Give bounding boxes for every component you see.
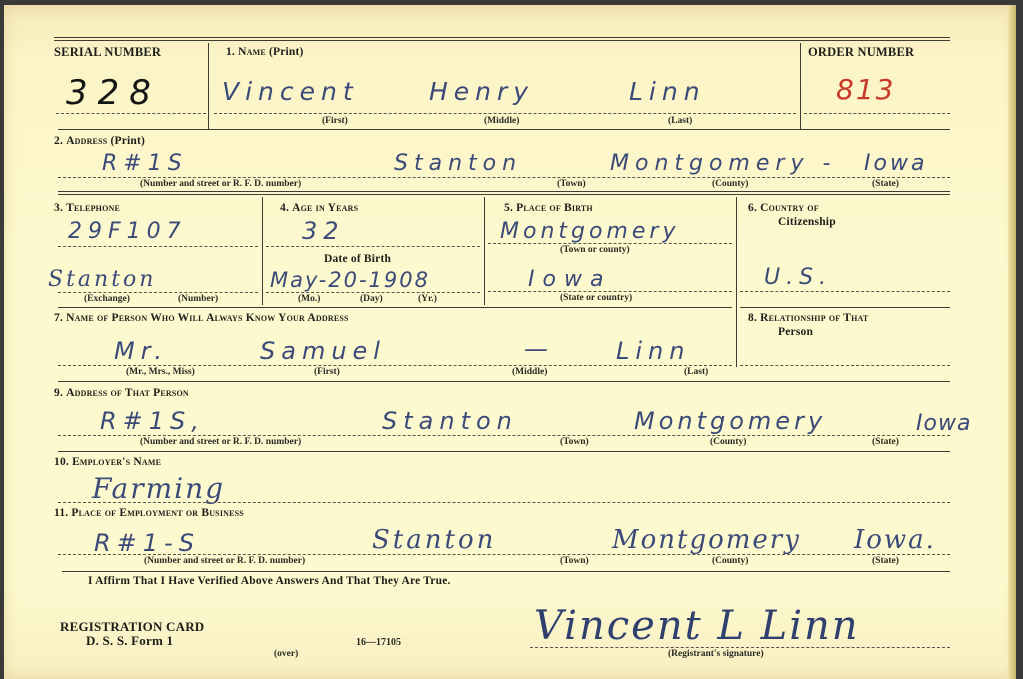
relationship-label-line1: 8. Relationship of That (748, 312, 868, 324)
birthplace-sub-state: (State or country) (560, 293, 632, 303)
name-sub-first: (First) (322, 116, 348, 126)
telephone-sub-exchange: (Exchange) (84, 294, 130, 304)
contact-sub-last: (Last) (684, 367, 708, 377)
contact-address-label-text: Address of That Person (66, 387, 189, 399)
citizenship-label-text: Country of (760, 202, 819, 214)
telephone-label-text: Telephone (66, 202, 120, 214)
row-divider (58, 451, 950, 452)
contact-address-town-value: Stanton (382, 407, 518, 435)
citizenship-label-num: 6. (748, 202, 757, 214)
birthplace-label-num: 5. (504, 202, 513, 214)
address-dotted-line (58, 177, 950, 178)
top-rule (54, 37, 950, 41)
telephone-exchange-value: Stanton (48, 267, 156, 292)
dob-dotted-line (266, 292, 480, 293)
card-edge (1008, 5, 1016, 679)
dob-sub-mo: (Mo.) (298, 294, 320, 304)
address-town-value: Stanton (394, 151, 522, 176)
divider (208, 43, 209, 130)
employment-dotted-line (58, 554, 950, 555)
contact-address-label-num: 9. (54, 387, 63, 399)
contact-address-dotted-line (58, 435, 950, 436)
employer-label: 10. Employer's Name (54, 456, 161, 468)
contact-address-sub-street: (Number and street or R. F. D. number) (140, 437, 301, 447)
contact-first-value: Samuel (260, 337, 386, 365)
divider (484, 197, 485, 305)
birthplace-label-text: Place of Birth (516, 202, 593, 214)
employer-label-num: 10. (54, 456, 69, 468)
contact-person-label-text: Name of Person Who Will Always Know Your… (66, 312, 349, 324)
print-code: 16—17105 (356, 637, 401, 648)
contact-sub-middle: (Middle) (512, 367, 547, 377)
name-sub-last: (Last) (668, 116, 692, 126)
relationship-label-num: 8. (748, 312, 757, 324)
name-label-suffix: (Print) (269, 46, 304, 58)
birthplace-dotted-line (488, 243, 732, 244)
age-label-text: Age in Years (292, 202, 358, 214)
dob-sub-yr: (Yr.) (418, 294, 437, 304)
serial-dotted-line (56, 113, 206, 114)
age-value: 32 (302, 217, 345, 245)
employment-place-label: 11. Place of Employment or Business (54, 507, 244, 519)
address-label-num: 2. (54, 135, 63, 147)
employment-county-value: Montgomery (612, 525, 801, 555)
telephone-number-value: 29F107 (68, 219, 187, 244)
birthplace-town-value: Montgomery (500, 219, 679, 244)
contact-dotted-line (58, 365, 732, 366)
address-label-suffix: (Print) (110, 135, 145, 147)
divider (262, 197, 263, 305)
contact-last-value: Linn (616, 337, 690, 365)
employment-place-label-text: Place of Employment or Business (71, 507, 244, 519)
name-sub-middle: (Middle) (484, 116, 519, 126)
telephone-label-num: 3. (54, 202, 63, 214)
contact-address-label: 9. Address of That Person (54, 387, 189, 399)
contact-address-state-value: Iowa (916, 411, 971, 436)
employer-value: Farming (92, 472, 225, 505)
age-dotted-line (266, 246, 480, 247)
address-sub-street: (Number and street or R. F. D. number) (140, 179, 301, 189)
name-middle-value: Henry (429, 77, 534, 106)
address-county-value: Montgomery - (610, 151, 836, 176)
address-label: 2. Address (Print) (54, 135, 145, 147)
employer-label-text: Employer's Name (72, 456, 161, 468)
contact-person-label: 7. Name of Person Who Will Always Know Y… (54, 312, 349, 324)
relationship-label-text: Relationship of That (760, 312, 868, 324)
contact-middle-value: — (524, 335, 554, 363)
birthplace-state-dotted-line (488, 291, 732, 292)
contact-sub-title: (Mr., Mrs., Miss) (126, 367, 195, 377)
name-label-num: 1. (226, 46, 235, 58)
citizenship-label-line2: Citizenship (778, 216, 836, 228)
order-number-value: 813 (836, 73, 895, 106)
name-label: 1. Name (Print) (226, 46, 304, 58)
citizenship-dotted-line (740, 291, 950, 292)
name-dotted-line (214, 113, 796, 114)
contact-address-sub-state: (State) (872, 437, 899, 447)
exchange-dotted-line (58, 292, 258, 293)
signature-value: Vincent L Linn (534, 603, 860, 649)
birthplace-sub-town: (Town or county) (560, 245, 630, 255)
address-sub-state: (State) (872, 179, 899, 189)
row-divider (740, 307, 950, 308)
contact-address-sub-county: (County) (710, 437, 746, 447)
citizenship-label-line1: 6. Country of (748, 202, 819, 214)
row-divider (58, 381, 950, 382)
name-label-text: Name (238, 46, 266, 58)
serial-number-label: SERIAL NUMBER (54, 45, 161, 60)
address-label-text: Address (66, 135, 107, 147)
row-divider (58, 191, 950, 195)
address-street-value: R#1S (102, 151, 188, 176)
contact-address-sub-town: (Town) (560, 437, 589, 447)
address-sub-county: (County) (712, 179, 748, 189)
citizenship-value: U.S. (764, 265, 832, 290)
contact-address-street-value: R#1S, (100, 407, 205, 435)
address-state-value: Iowa (864, 151, 927, 176)
contact-address-county-value: Montgomery (634, 407, 826, 435)
registration-card: SERIAL NUMBER 328 1. Name (Print) Vincen… (4, 5, 1016, 679)
contact-title-value: Mr. (114, 337, 168, 365)
employment-town-value: Stanton (372, 525, 496, 555)
employment-sub-county: (County) (712, 556, 748, 566)
name-first-value: Vincent (222, 77, 359, 106)
employment-street-value: R#1-S (94, 529, 200, 557)
telephone-sub-number: (Number) (178, 294, 218, 304)
row-divider (62, 571, 950, 572)
telephone-dotted-line (58, 246, 258, 247)
dob-label: Date of Birth (324, 253, 391, 265)
employment-place-label-num: 11. (54, 507, 68, 519)
address-sub-town: (Town) (557, 179, 586, 189)
serial-number-value: 328 (66, 73, 161, 113)
dob-sub-day: (Day) (360, 294, 383, 304)
form-number: D. S. S. Form 1 (86, 633, 173, 649)
signature-dotted-line (530, 647, 950, 648)
telephone-label: 3. Telephone (54, 202, 120, 214)
relationship-label-line2: Person (778, 326, 813, 338)
row-divider (58, 307, 732, 308)
row-divider (58, 129, 950, 130)
order-number-label: ORDER NUMBER (808, 45, 914, 60)
dob-value: May-20-1908 (270, 268, 430, 292)
employment-state-value: Iowa. (854, 525, 936, 555)
birthplace-label: 5. Place of Birth (504, 202, 593, 214)
affirmation-text: I Affirm That I Have Verified Above Answ… (88, 575, 451, 587)
employer-dotted-line (58, 502, 950, 503)
relationship-dotted-line (740, 365, 950, 366)
order-dotted-line (804, 113, 950, 114)
contact-person-label-num: 7. (54, 312, 63, 324)
birthplace-state-value: Iowa (528, 267, 611, 292)
divider (800, 43, 801, 130)
signature-sub: (Registrant's signature) (668, 649, 764, 659)
divider (736, 197, 737, 367)
over-note: (over) (274, 649, 298, 659)
name-last-value: Linn (629, 77, 706, 106)
age-label-num: 4. (280, 202, 289, 214)
employment-sub-state: (State) (872, 556, 899, 566)
employment-sub-street: (Number and street or R. F. D. number) (144, 556, 305, 566)
employment-sub-town: (Town) (560, 556, 589, 566)
contact-sub-first: (First) (314, 367, 340, 377)
age-label: 4. Age in Years (280, 202, 358, 214)
